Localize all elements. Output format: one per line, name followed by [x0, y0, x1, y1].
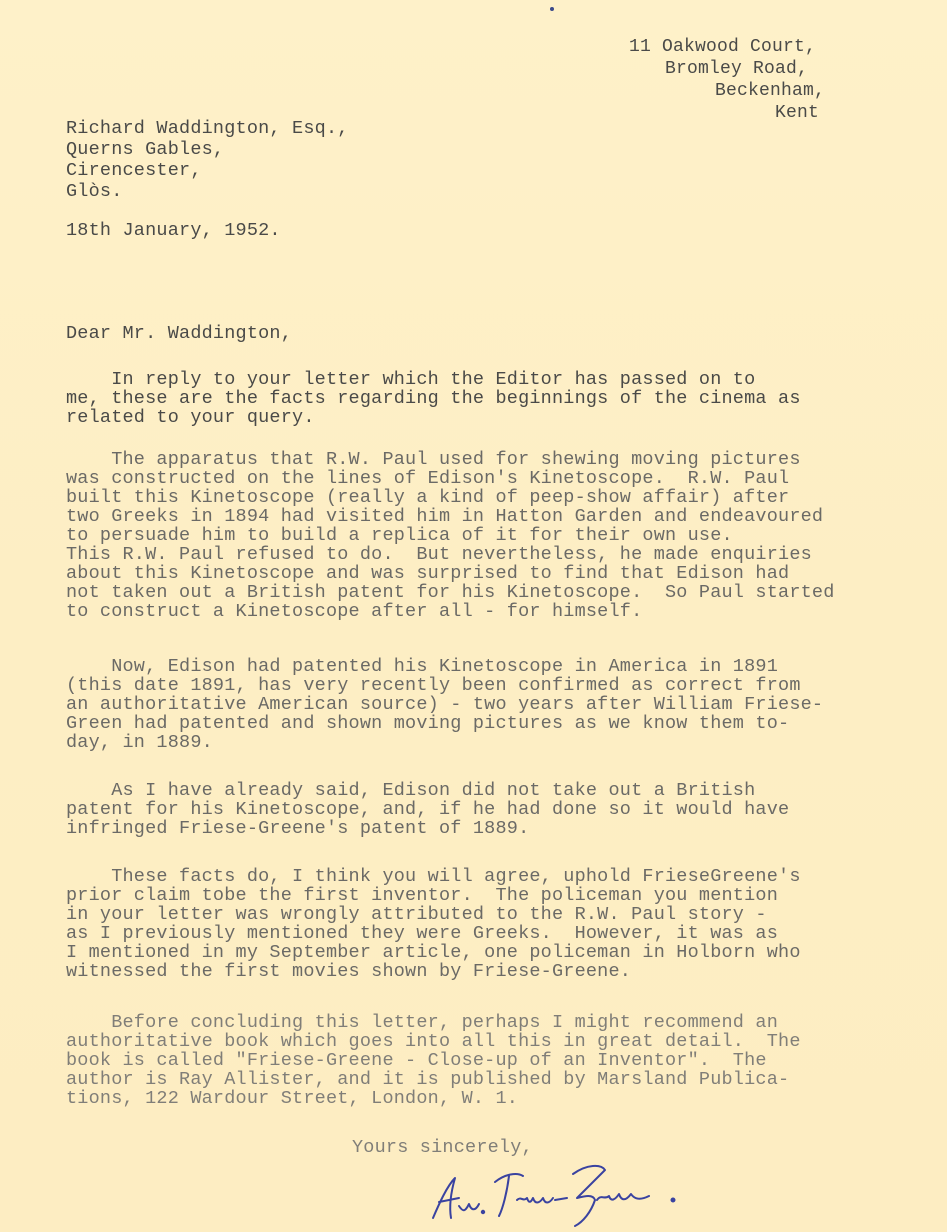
body-line: I mentioned in my September article, one… — [66, 943, 801, 963]
recipient-address-line: Querns Gables, — [66, 140, 224, 160]
recipient-address-line: Richard Waddington, Esq., — [66, 119, 349, 139]
body-line: (this date 1891, has very recently been … — [66, 676, 801, 696]
body-line: two Greeks in 1894 had visited him in Ha… — [66, 507, 823, 527]
body-line: Now, Edison had patented his Kinetoscope… — [66, 657, 778, 677]
body-line: As I have already said, Edison did not t… — [66, 781, 755, 801]
recipient-address-line: Glòs. — [66, 182, 123, 202]
body-line: witnessed the first movies shown by Frie… — [66, 962, 631, 982]
body-line: prior claim tobe the first inventor. The… — [66, 886, 778, 906]
letter-date: 18th January, 1952. — [66, 221, 281, 241]
body-line: day, in 1889. — [66, 733, 213, 753]
body-line: me, these are the facts regarding the be… — [66, 389, 801, 409]
sender-address-line: Bromley Road, — [665, 59, 808, 79]
body-line: book is called "Friese-Greene - Close-up… — [66, 1051, 767, 1071]
body-line: Green had patented and shown moving pict… — [66, 714, 789, 734]
sender-address-line: Beckenham, — [715, 81, 825, 101]
body-line: In reply to your letter which the Editor… — [66, 370, 755, 390]
body-line: to persuade him to build a replica of it… — [66, 526, 733, 546]
body-line: patent for his Kinetoscope, and, if he h… — [66, 800, 789, 820]
body-line: related to your query. — [66, 408, 315, 428]
body-line: The apparatus that R.W. Paul used for sh… — [66, 450, 801, 470]
closing: Yours sincerely, — [352, 1138, 533, 1158]
ink-dot — [550, 7, 554, 11]
body-line: This R.W. Paul refused to do. But nevert… — [66, 545, 812, 565]
body-line: built this Kinetoscope (really a kind of… — [66, 488, 789, 508]
recipient-address-line: Cirencester, — [66, 161, 202, 181]
body-line: about this Kinetoscope and was surprised… — [66, 564, 789, 584]
body-line: an authoritative American source) - two … — [66, 695, 823, 715]
body-line: infringed Friese-Greene's patent of 1889… — [66, 819, 529, 839]
body-line: tions, 122 Wardour Street, London, W. 1. — [66, 1089, 518, 1109]
sender-address-line: Kent — [775, 103, 819, 123]
salutation: Dear Mr. Waddington, — [66, 324, 292, 344]
signature — [425, 1160, 705, 1230]
body-line: was constructed on the lines of Edison's… — [66, 469, 789, 489]
body-line: in your letter was wrongly attributed to… — [66, 905, 767, 925]
body-line: author is Ray Allister, and it is publis… — [66, 1070, 789, 1090]
sender-address-line: 11 Oakwood Court, — [629, 37, 816, 57]
body-line: authoritative book which goes into all t… — [66, 1032, 801, 1052]
body-line: not taken out a British patent for his K… — [66, 583, 835, 603]
body-line: These facts do, I think you will agree, … — [66, 867, 801, 887]
body-line: to construct a Kinetoscope after all - f… — [66, 602, 642, 622]
body-line: as I previously mentioned they were Gree… — [66, 924, 778, 944]
body-line: Before concluding this letter, perhaps I… — [66, 1013, 778, 1033]
